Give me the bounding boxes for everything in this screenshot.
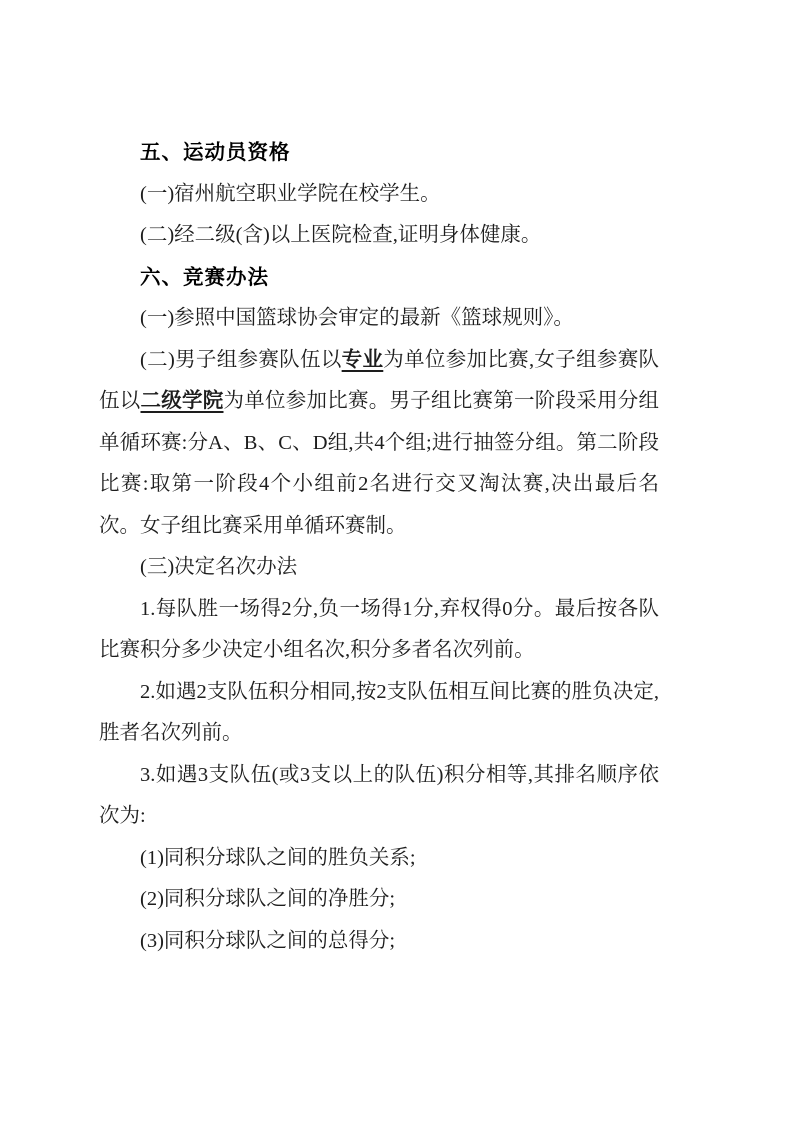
text-segment: 3.如遇3支队伍(或3支以上的队伍)积分相等,其排名顺序依次为: [99,764,659,828]
text-segment: (2)同积分球队之间的净胜分; [140,888,395,910]
paragraph: (二)男子组参赛队伍以专业为单位参加比赛,女子组参赛队伍以二级学院为单位参加比赛… [99,340,659,548]
paragraph: (1)同积分球队之间的胜负关系; [99,838,659,880]
text-segment: (三)决定名次办法 [140,556,297,578]
document-body: 五、运动员资格(一)宿州航空职业学院在校学生。(二)经二级(含)以上医院检查,证… [99,132,659,962]
section-heading: 六、竞赛办法 [99,257,659,299]
document-page: 五、运动员资格(一)宿州航空职业学院在校学生。(二)经二级(含)以上医院检查,证… [0,0,793,1122]
text-segment: 五、运动员资格 [140,141,291,164]
emphasis-text: 专业 [342,349,384,371]
text-segment: (3)同积分球队之间的总得分; [140,930,395,952]
text-segment: 1.每队胜一场得2分,负一场得1分,弃权得0分。最后按各队比赛积分多少决定小组名… [99,598,659,662]
paragraph: 3.如遇3支队伍(或3支以上的队伍)积分相等,其排名顺序依次为: [99,755,659,838]
emphasis-text: 二级学院 [141,390,224,412]
paragraph: (二)经二级(含)以上医院检查,证明身体健康。 [99,215,659,257]
paragraph: (三)决定名次办法 [99,547,659,589]
paragraph: (一)宿州航空职业学院在校学生。 [99,174,659,216]
text-segment: 2.如遇2支队伍积分相同,按2支队伍相互间比赛的胜负决定,胜者名次列前。 [99,681,659,745]
paragraph: (2)同积分球队之间的净胜分; [99,879,659,921]
section-heading: 五、运动员资格 [99,132,659,174]
text-segment: (一)参照中国篮球协会审定的最新《篮球规则》。 [140,307,574,329]
paragraph: (3)同积分球队之间的总得分; [99,921,659,963]
text-segment: (二)男子组参赛队伍以 [140,349,342,371]
paragraph: (一)参照中国篮球协会审定的最新《篮球规则》。 [99,298,659,340]
paragraph: 1.每队胜一场得2分,负一场得1分,弃权得0分。最后按各队比赛积分多少决定小组名… [99,589,659,672]
text-segment: (一)宿州航空职业学院在校学生。 [140,183,441,205]
paragraph: 2.如遇2支队伍积分相同,按2支队伍相互间比赛的胜负决定,胜者名次列前。 [99,672,659,755]
text-segment: 六、竞赛办法 [140,266,269,289]
text-segment: (二)经二级(含)以上医院检查,证明身体健康。 [140,224,541,246]
text-segment: (1)同积分球队之间的胜负关系; [140,847,416,869]
